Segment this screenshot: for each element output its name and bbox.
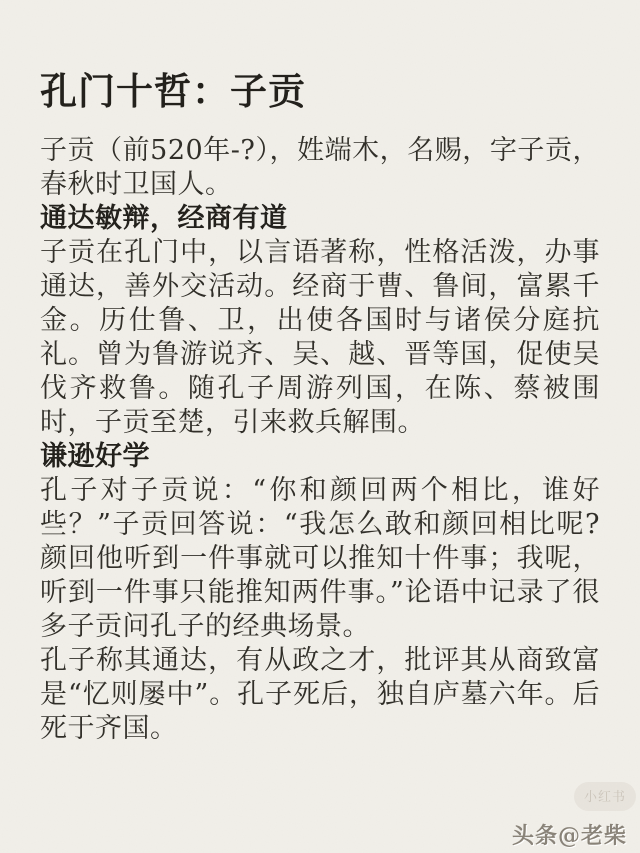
article-content: 孔门十哲：子贡 子贡（前520年-?），姓端木，名赐，字子贡，春秋时卫国人。 通… xyxy=(40,70,600,746)
section-modesty-paragraph-2: 孔子称其通达，有从政之才，批评其从商致富是“忆则屡中”。孔子死后，独自庐墓六年。… xyxy=(40,644,600,746)
intro-paragraph: 子贡（前520年-?），姓端木，名赐，字子贡，春秋时卫国人。 xyxy=(40,134,600,202)
section-business-paragraph: 子贡在孔门中，以言语著称，性格活泼，办事通达，善外交活动。经商于曹、鲁间，富累千… xyxy=(40,236,600,440)
page-title: 孔门十哲：子贡 xyxy=(40,70,600,112)
author-watermark: 头条@老柴 xyxy=(512,819,627,850)
section-heading-business: 通达敏辩，经商有道 xyxy=(40,202,600,236)
platform-badge-watermark: 小红书 xyxy=(574,782,636,811)
section-heading-modesty: 谦逊好学 xyxy=(40,440,600,474)
section-modesty-paragraph-1: 孔子对子贡说：“你和颜回两个相比，谁好些？”子贡回答说：“我怎么敢和颜回相比呢?… xyxy=(40,474,600,644)
article-page: 孔门十哲：子贡 子贡（前520年-?），姓端木，名赐，字子贡，春秋时卫国人。 通… xyxy=(0,0,640,853)
